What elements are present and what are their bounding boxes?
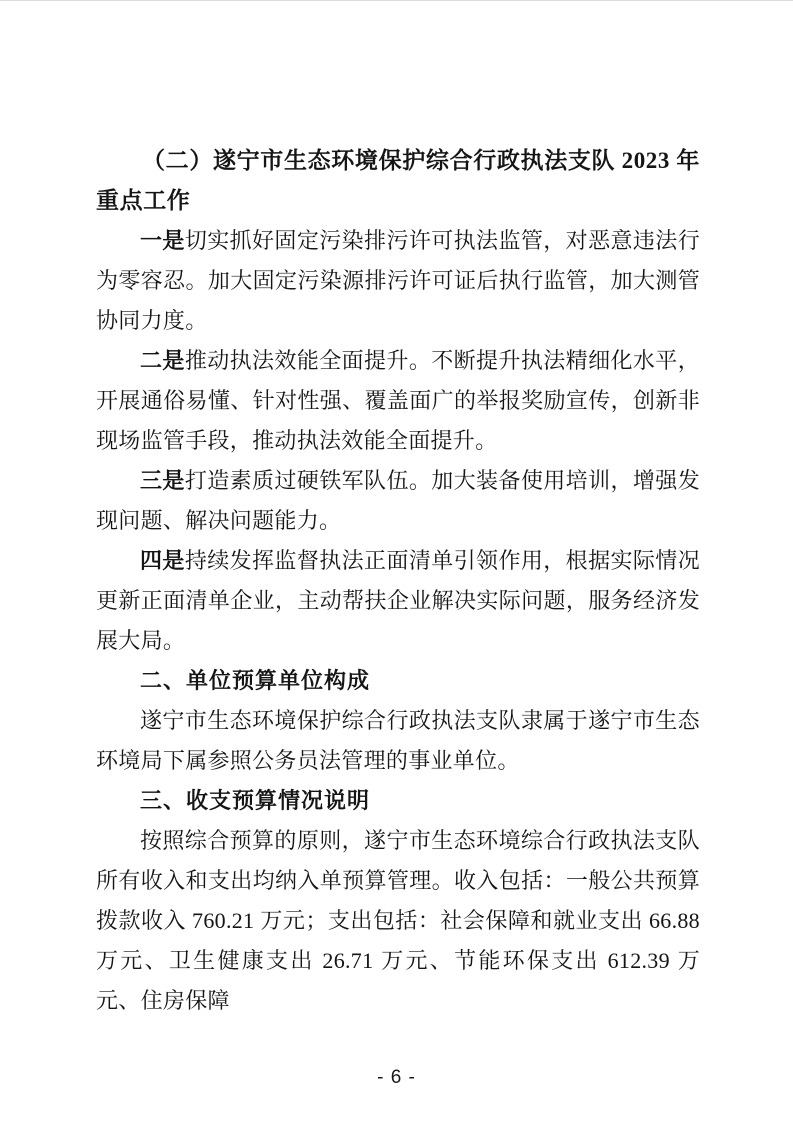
paragraph-point-2: 二是推动执法效能全面提升。不断提升执法精细化水平，开展通俗易懂、针对性强、覆盖面… (96, 341, 700, 461)
paragraph-text: 切实抓好固定污染排污许可执法监管，对恶意违法行为零容忍。加大固定污染源排污许可证… (96, 228, 700, 333)
paragraph-point-3: 三是打造素质过硬铁军队伍。加大装备使用培训，增强发现问题、解决问题能力。 (96, 461, 700, 541)
paragraph-unit-composition: 遂宁市生态环境保护综合行政执法支队隶属于遂宁市生态环境局下属参照公务员法管理的事… (96, 701, 700, 781)
section-heading-budget-explanation: 三、收支预算情况说明 (96, 781, 700, 821)
paragraph-lead: 一是 (140, 228, 185, 253)
page-number: - 6 - (0, 1067, 793, 1089)
document-page: （二）遂宁市生态环境保护综合行政执法支队 2023 年重点工作 一是切实抓好固定… (0, 0, 793, 1122)
paragraph-lead: 四是 (140, 548, 185, 573)
paragraph-text: 推动执法效能全面提升。不断提升执法精细化水平，开展通俗易懂、针对性强、覆盖面广的… (96, 348, 700, 453)
paragraph-point-1: 一是切实抓好固定污染排污许可执法监管，对恶意违法行为零容忍。加大固定污染源排污许… (96, 221, 700, 341)
paragraph-budget-explanation: 按照综合预算的原则，遂宁市生态环境综合行政执法支队所有收入和支出均纳入单预算管理… (96, 821, 700, 1021)
paragraph-point-4: 四是持续发挥监督执法正面清单引领作用，根据实际情况更新正面清单企业，主动帮扶企业… (96, 541, 700, 661)
paragraph-lead: 三是 (140, 468, 185, 493)
section-heading-level1: （二）遂宁市生态环境保护综合行政执法支队 2023 年重点工作 (96, 141, 700, 221)
paragraph-lead: 二是 (140, 348, 185, 373)
paragraph-text: 打造素质过硬铁军队伍。加大装备使用培训，增强发现问题、解决问题能力。 (96, 468, 700, 533)
paragraph-text: 持续发挥监督执法正面清单引领作用，根据实际情况更新正面清单企业，主动帮扶企业解决… (96, 548, 700, 653)
section-heading-unit-composition: 二、单位预算单位构成 (96, 661, 700, 701)
document-body: （二）遂宁市生态环境保护综合行政执法支队 2023 年重点工作 一是切实抓好固定… (96, 141, 700, 1021)
